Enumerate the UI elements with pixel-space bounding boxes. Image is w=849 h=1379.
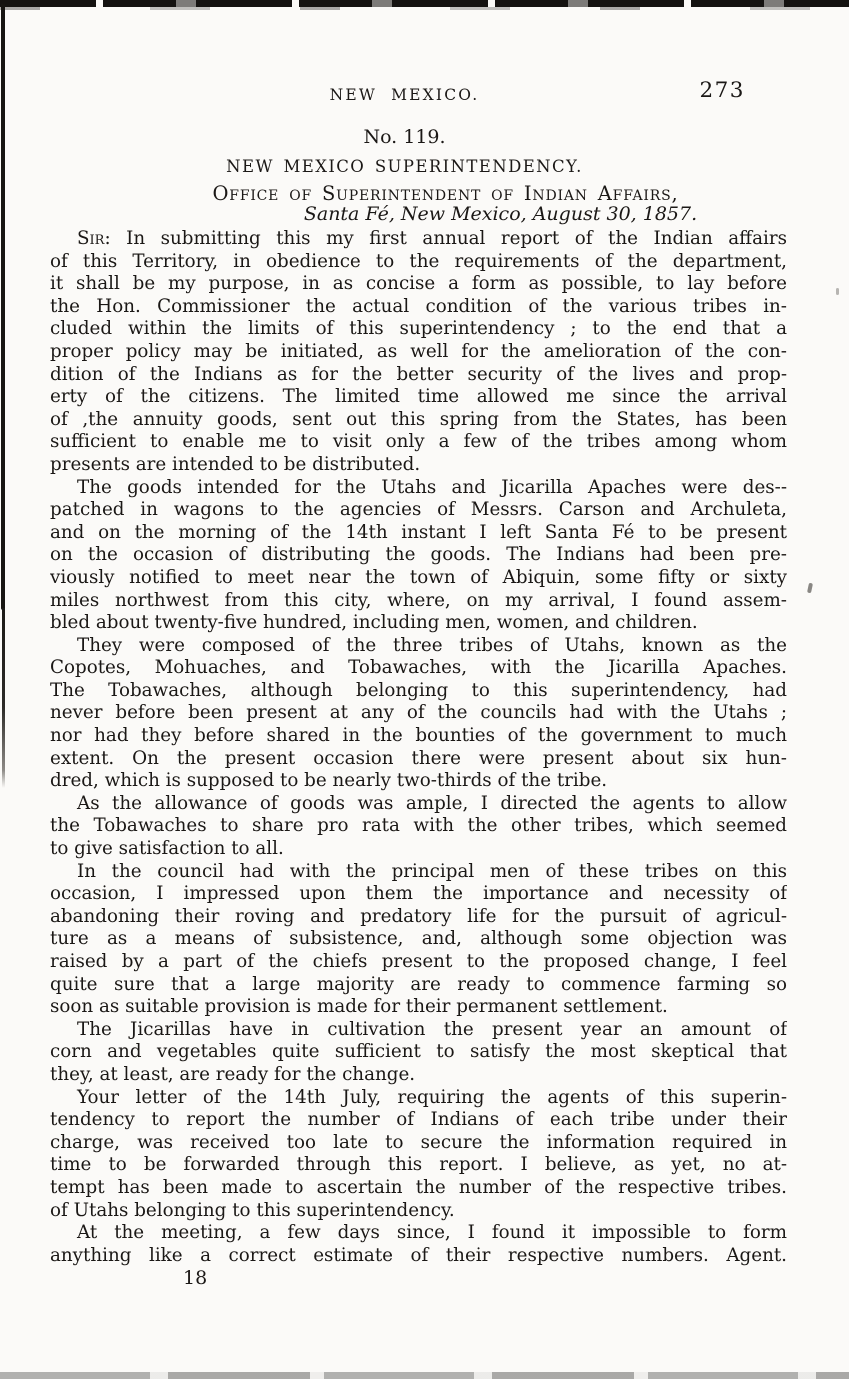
text-line: miles northwest from this city, where, o… [50, 590, 787, 613]
running-head: NEW MEXICO. [36, 86, 773, 104]
ink-speck [807, 583, 813, 594]
body-text: Sir: In submitting this my first annual … [50, 228, 787, 1290]
text-line: the Hon. Commissioner the actual conditi… [50, 296, 787, 319]
text-line: corn and vegetables quite sufficient to … [50, 1041, 787, 1064]
text-line: proper policy may be initiated, as well … [50, 341, 787, 364]
text-line: The Tobawaches, although belonging to th… [50, 680, 787, 703]
text-line: of ,the annuity goods, sent out this spr… [50, 409, 787, 432]
text-line: time to be forwarded through this report… [50, 1154, 787, 1177]
text-line: As the allowance of goods was ample, I d… [50, 793, 787, 816]
text-line: to give satisfaction to all. [50, 838, 787, 861]
text-line: of Utahs belonging to this superintenden… [50, 1200, 787, 1223]
text-line: raised by a part of the chiefs present t… [50, 951, 787, 974]
text-line: quite sure that a large majority are rea… [50, 974, 787, 997]
office-line: Office of Superintendent of Indian Affai… [77, 183, 814, 204]
text-line: viously notified to meet near the town o… [50, 567, 787, 590]
text-line: on the occasion of distributing the good… [50, 544, 787, 567]
scan-edge-left [1, 4, 5, 610]
text-line: the Tobawaches to share pro rata with th… [50, 815, 787, 838]
text-line: sufficient to enable me to visit only a … [50, 431, 787, 454]
document-heading: No. 119. NEW MEXICO SUPERINTENDENCY. Off… [50, 127, 787, 225]
salutation: Sir: [77, 228, 111, 249]
section-title: NEW MEXICO SUPERINTENDENCY. [36, 158, 773, 176]
text-line: Sir: In submitting this my first annual … [50, 228, 787, 251]
text-line: never before been present at any of the … [50, 702, 787, 725]
text-line: presents are intended to be distributed. [50, 454, 787, 477]
scan-edge-left-tail [2, 608, 5, 788]
text-line: cluded within the limits of this superin… [50, 318, 787, 341]
scanned-page: NEW MEXICO. 273 No. 119. NEW MEXICO SUPE… [0, 0, 849, 1379]
text-line: they, at least, are ready for the change… [50, 1064, 787, 1087]
text-line: occasion, I impressed upon them the impo… [50, 883, 787, 906]
text-line: dition of the Indians as for the better … [50, 364, 787, 387]
scan-edge-top [0, 0, 849, 7]
text-line: dred, which is supposed to be nearly two… [50, 770, 787, 793]
text-line: At the meeting, a few days since, I foun… [50, 1222, 787, 1245]
text-line: it shall be my purpose, in as concise a … [50, 273, 787, 296]
text-line: Your letter of the 14th July, requiring … [50, 1087, 787, 1110]
text-line: erty of the citizens. The limited time a… [50, 386, 787, 409]
text-line: ture as a means of subsistence, and, alt… [50, 928, 787, 951]
page-number: 273 [699, 78, 745, 103]
ink-speck [836, 288, 839, 295]
text-line: and on the morning of the 14th instant I… [50, 522, 787, 545]
text-line: of this Territory, in obedience to the r… [50, 251, 787, 274]
text-line: bled about twenty-five hundred, includin… [50, 612, 787, 635]
text-line: soon as suitable provision is made for t… [50, 996, 787, 1019]
text-line: The Jicarillas have in cultivation the p… [50, 1019, 787, 1042]
text-line: charge, was received too late to secure … [50, 1132, 787, 1155]
report-number: No. 119. [36, 127, 773, 147]
text-line: The goods intended for the Utahs and Jic… [50, 477, 787, 500]
dateline: Santa Fé, New Mexico, August 30, 1857. [132, 204, 849, 225]
text-line: tendency to report the number of Indians… [50, 1109, 787, 1132]
text-line: Copotes, Mohuaches, and Tobawaches, with… [50, 657, 787, 680]
scan-edge-top-shadow [0, 7, 849, 10]
text-line: patched in wagons to the agencies of Mes… [50, 499, 787, 522]
text-line: extent. On the present occasion there we… [50, 748, 787, 771]
text-line: In the council had with the principal me… [50, 861, 787, 884]
text-line: anything like a correct estimate of thei… [50, 1245, 787, 1268]
text-line: nor had they before shared in the bounti… [50, 725, 787, 748]
scan-edge-bottom [0, 1372, 849, 1379]
text-line: They were composed of the three tribes o… [50, 635, 787, 658]
signature-mark: 18 [50, 1267, 787, 1290]
text-line: abandoning their roving and predatory li… [50, 906, 787, 929]
text-line: tempt has been made to ascertain the num… [50, 1177, 787, 1200]
